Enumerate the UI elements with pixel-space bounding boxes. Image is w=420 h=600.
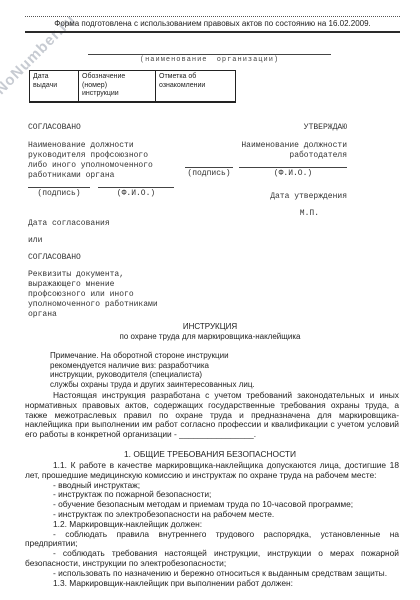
body-paragraph: 1.1. К работе в качестве маркировщика-на… xyxy=(25,461,399,481)
or-label: или xyxy=(28,236,218,246)
cell-issue-date: Дата выдачи xyxy=(30,71,79,102)
spacer xyxy=(185,133,347,141)
requisites-text: Реквизиты документа, выражающего мнение … xyxy=(28,270,218,320)
agreed-block: СОГЛАСОВАНО Наименование должности руков… xyxy=(28,123,178,199)
name-line: (Ф.И.О.) xyxy=(239,167,347,179)
signature-line: (подпись) xyxy=(185,167,233,179)
title-line-2: по охране труда для маркировщика-наклейщ… xyxy=(0,332,420,342)
table-row: Дата выдачи Обозначение (номер) инструкц… xyxy=(30,71,236,102)
cell-acknowledgement: Отметка об ознакомлении xyxy=(156,71,236,102)
agreed-title: СОГЛАСОВАНО xyxy=(28,123,178,133)
name-line: (Ф.И.О.) xyxy=(98,187,174,199)
stamp-place-label: М.П. xyxy=(185,209,347,219)
approval-date-label: Дата утверждения xyxy=(185,192,347,202)
document-page: NoNumber.ru Форма подготовлена с использ… xyxy=(0,0,420,600)
spacer xyxy=(28,246,218,253)
approved-position-text: Наименование должности работодателя xyxy=(185,141,347,161)
registration-table: Дата выдачи Обозначение (номер) инструкц… xyxy=(29,70,236,103)
body-paragraph: 1.3. Маркировщик-наклейщик при выполнени… xyxy=(25,579,399,589)
title-line-1: ИНСТРУКЦИЯ xyxy=(0,322,420,332)
spacer xyxy=(28,263,218,270)
agreement-details-block: Дата согласования или СОГЛАСОВАНО Реквиз… xyxy=(28,219,218,320)
signature-line: (подпись) xyxy=(28,187,90,199)
approved-block: УТВЕРЖДАЮ Наименование должности работод… xyxy=(185,123,347,219)
document-title: ИНСТРУКЦИЯ по охране труда для маркировщ… xyxy=(0,322,420,342)
section-1-body: 1.1. К работе в качестве маркировщика-на… xyxy=(25,461,399,588)
agreement-date-label: Дата согласования xyxy=(28,219,218,229)
agreed-position-text: Наименование должности руководителя проф… xyxy=(28,141,178,181)
intro-paragraph: Настоящая инструкция разработана с учето… xyxy=(25,391,399,440)
body-paragraph: - соблюдать требования настоящей инструк… xyxy=(25,549,399,569)
organization-name-caption: (наименование организации) xyxy=(88,56,331,64)
spacer xyxy=(28,133,178,141)
document-content: Форма подготовлена с использованием прав… xyxy=(0,0,420,600)
section-1-heading: 1. ОБЩИЕ ТРЕБОВАНИЯ БЕЗОПАСНОСТИ xyxy=(0,449,420,459)
form-preparation-notice: Форма подготовлена с использованием прав… xyxy=(25,16,400,33)
agreed-title-2: СОГЛАСОВАНО xyxy=(28,253,218,263)
organization-name-line: (наименование организации) xyxy=(88,54,331,64)
note-text: Примечание. На оборотной стороне инструк… xyxy=(50,351,255,389)
body-paragraph: - соблюдать правила внутреннего трудовог… xyxy=(25,530,399,550)
spacer xyxy=(28,229,218,236)
cell-instruction-number: Обозначение (номер) инструкции xyxy=(79,71,156,102)
approved-title: УТВЕРЖДАЮ xyxy=(185,123,347,133)
approved-signature-row: (подпись) (Ф.И.О.) xyxy=(185,167,347,179)
agreed-signature-row: (подпись) (Ф.И.О.) xyxy=(28,187,178,199)
